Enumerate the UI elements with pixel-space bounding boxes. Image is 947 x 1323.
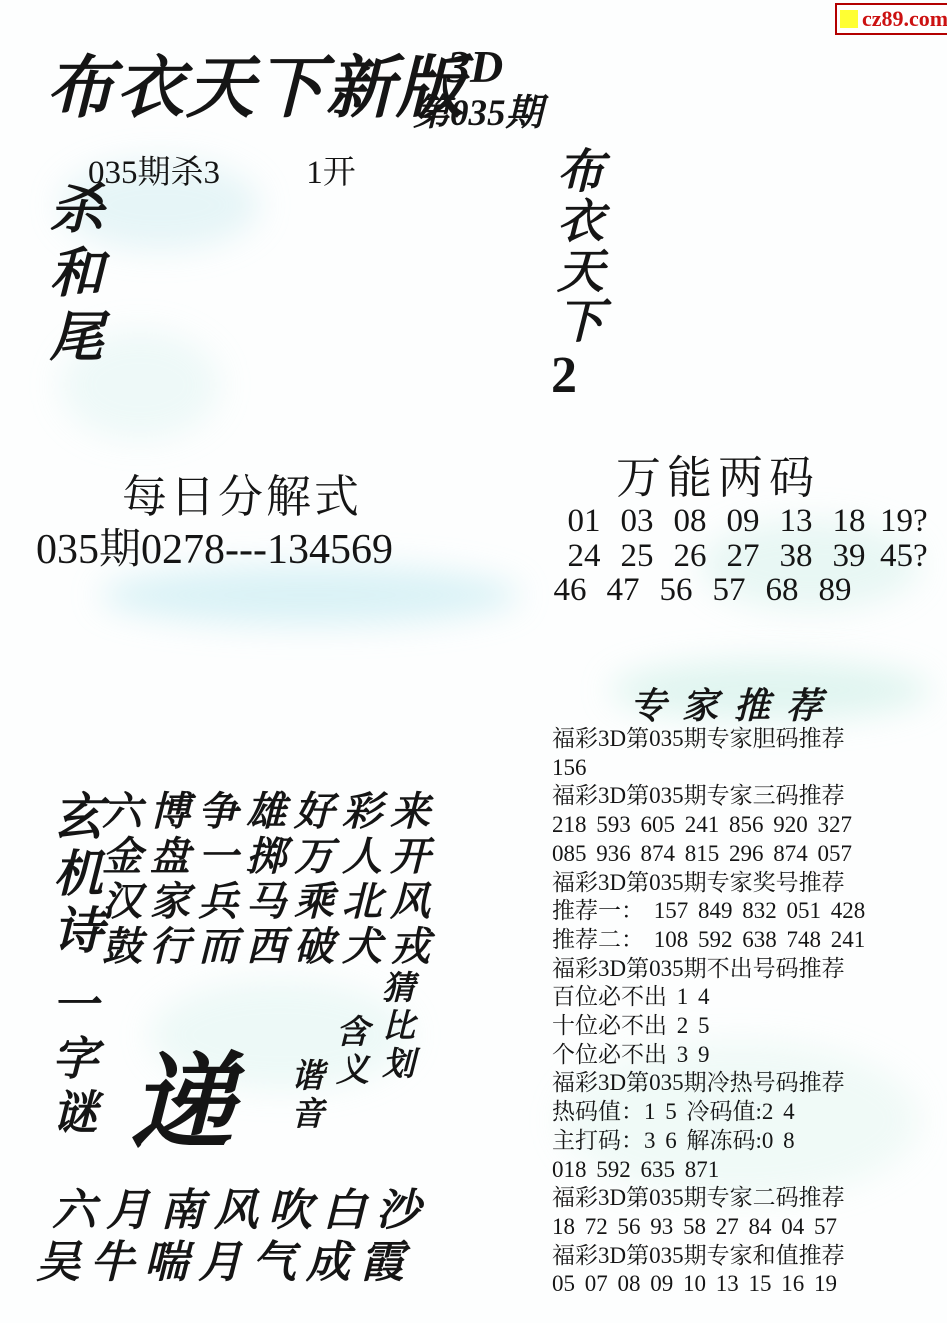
expert-line: 推荐一： 157 849 832 051 428 [552,897,865,926]
char-riddle-label: 一字谜 [38,980,104,1142]
bottom-poem-line: 吴牛喘月气成霞 [36,1226,414,1290]
two-codes-row: 24 25 26 27 38 39 45? [562,538,924,575]
expert-line: 156 [552,754,865,783]
riddle-hint: 猜比划 [372,970,419,1084]
expert-line: 05 07 08 09 10 13 15 16 19 [552,1270,865,1299]
daily-decomposition-formula: 035期0278---134569 [36,516,393,576]
issue-number: 第035期 [413,82,543,136]
universal-two-codes-title: 万能两码 [616,441,820,506]
code-cell: 25 [615,538,659,575]
riddle-hint: 谐音 [281,1058,328,1134]
code-cell: 13 [774,503,818,540]
code-cell: 68 [760,572,804,609]
code-cell: 38 [774,538,818,575]
code-cell: 19? [880,503,924,540]
code-cell: 57 [707,572,751,609]
expert-line: 福彩3D第035期专家胆码推荐 [552,725,865,754]
code-cell: 09 [721,503,765,540]
expert-line: 百位必不出 1 4 [552,983,865,1012]
expert-line: 热码值：1 5 冷码值:2 4 [552,1098,865,1127]
code-cell: 45? [880,538,924,575]
code-cell: 03 [615,503,659,540]
kill-vertical-label: 杀和尾 [34,180,111,372]
expert-line: 福彩3D第035期专家三码推荐 [552,782,865,811]
code-cell: 47 [601,572,645,609]
mystery-poem-line: 鼓行而西破犬戎 [102,915,438,972]
code-cell: 08 [668,503,712,540]
open-text: 1开 [306,155,356,191]
code-cell: 18 [827,503,871,540]
banner-number: 2 [551,346,577,405]
expert-line: 十位必不出 2 5 [552,1012,865,1041]
expert-line: 福彩3D第035期专家和值推荐 [552,1242,865,1271]
code-cell: 39 [827,538,871,575]
mystery-poem-label: 玄机诗 [38,790,110,961]
badge-text: cz89.com [862,6,947,32]
badge-yellow-square-icon [840,10,858,28]
code-cell: 27 [721,538,765,575]
code-cell: 01 [562,503,606,540]
banner-vertical-text: 布衣天下 [543,146,610,346]
riddle-character: 递 [130,1018,234,1168]
expert-line: 085 936 874 815 296 874 057 [552,840,865,869]
expert-line: 主打码：3 6 解冻码:0 8 [552,1127,865,1156]
expert-recommendations-title: 专家推荐 [630,678,838,729]
code-cell: 24 [562,538,606,575]
expert-line: 18 72 56 93 58 27 84 04 57 [552,1213,865,1242]
two-codes-row: 01 03 08 09 13 18 19? [562,503,924,540]
code-cell: 46 [548,572,592,609]
expert-line: 福彩3D第035期专家二码推荐 [552,1184,865,1213]
lottery-sheet-page: cz89.com 布衣天下新版 3D 第035期 035期杀3 1开 杀和尾 布… [0,0,947,1323]
site-badge-link[interactable]: cz89.com [835,3,947,35]
expert-line: 018 592 635 871 [552,1156,865,1185]
expert-recommendations-list: 福彩3D第035期专家胆码推荐 156 福彩3D第035期专家三码推荐 218 … [552,725,865,1299]
code-cell: 56 [654,572,698,609]
page-title: 布衣天下新版 [46,34,466,131]
expert-line: 218 593 605 241 856 920 327 [552,811,865,840]
expert-line: 福彩3D第035期不出号码推荐 [552,955,865,984]
riddle-hint: 含义 [326,1014,373,1090]
two-codes-row: 46 47 56 57 68 89 [548,572,857,609]
code-cell: 26 [668,538,712,575]
expert-line: 推荐二： 108 592 638 748 241 [552,926,865,955]
code-cell: 89 [813,572,857,609]
expert-line: 福彩3D第035期冷热号码推荐 [552,1069,865,1098]
kill-line: 035期杀3 1开 [88,146,356,193]
expert-line: 个位必不出 3 9 [552,1041,865,1070]
expert-line: 福彩3D第035期专家奖号推荐 [552,869,865,898]
